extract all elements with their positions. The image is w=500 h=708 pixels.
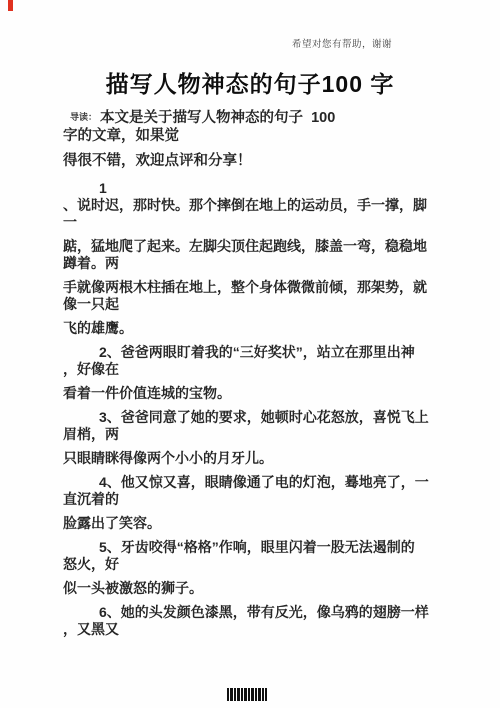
document-page: 希望对您有帮助，谢谢 描写人物神态的句子100 字 导读：本文是关于描写人物神态… xyxy=(0,0,500,708)
header-note: 希望对您有帮助，谢谢 xyxy=(0,36,392,50)
body-line: ，又黑又 xyxy=(63,621,447,638)
body-line: 像一只起 xyxy=(63,296,447,313)
page-title: 描写人物神态的句子100 字 xyxy=(0,66,500,99)
body-line: 似一头被激怒的狮子。 xyxy=(63,580,447,597)
body-line: 蹲着。两 xyxy=(63,255,447,272)
paragraph-group: 飞的雄鹰。 xyxy=(63,320,447,337)
paragraph-group: 3、爸爸同意了她的要求，她顿时心花怒放，喜悦飞上眉梢，两 xyxy=(63,409,447,443)
body-line: ，好像在 xyxy=(63,361,447,378)
intro-block: 导读：本文是关于描写人物神态的句子 100 字的文章，如果觉 得很不错，欢迎点评… xyxy=(63,108,445,170)
body-line: 4、他又惊又喜，眼睛像通了电的灯泡，蓦地亮了，一 xyxy=(63,474,447,491)
body-line: 看着一件价值连城的宝物。 xyxy=(63,385,447,402)
paragraph-group: 似一头被激怒的狮子。 xyxy=(63,580,447,597)
body-line: 只眼睛眯得像两个小小的月牙儿。 xyxy=(63,450,447,467)
body-line: 怒火，好 xyxy=(63,556,447,573)
paragraph-group: 1、说时迟，那时快。那个摔倒在地上的运动员，手一撑，脚一 xyxy=(63,180,447,231)
body-line: 眉梢，两 xyxy=(63,426,447,443)
body-line: 飞的雄鹰。 xyxy=(63,320,447,337)
body-line: 3、爸爸同意了她的要求，她顿时心花怒放，喜悦飞上 xyxy=(63,409,447,426)
paragraph-group: 看着一件价值连城的宝物。 xyxy=(63,385,447,402)
body-line: 直沉着的 xyxy=(63,491,447,508)
paragraph-group: 2、爸爸两眼盯着我的“三好奖状”，站立在那里出神，好像在 xyxy=(63,344,447,378)
body-line: 一 xyxy=(63,214,447,231)
body-line: 、说时迟，那时快。那个摔倒在地上的运动员，手一撑，脚 xyxy=(63,197,447,214)
intro-label: 导读： xyxy=(70,112,100,122)
intro-text: 本文是关于描写人物神态的句子 100 xyxy=(100,110,335,126)
corner-red-mark xyxy=(8,0,13,11)
body-line: 2、爸爸两眼盯着我的“三好奖状”，站立在那里出神 xyxy=(63,344,447,361)
paragraph-group: 踮，猛地爬了起来。左脚尖顶住起跑线，膝盖一弯，稳稳地蹲着。两 xyxy=(63,238,447,272)
paragraph-group: 4、他又惊又喜，眼睛像通了电的灯泡，蓦地亮了，一直沉着的 xyxy=(63,474,447,508)
intro-line-2: 字的文章，如果觉 xyxy=(63,127,445,145)
intro-line-3: 得很不错，欢迎点评和分享！ xyxy=(63,152,445,170)
paragraph-group: 手就像两根木柱插在地上，整个身体微微前倾，那架势，就像一只起 xyxy=(63,279,447,313)
paragraph-group: 6、她的头发颜色漆黑，带有反光，像乌鸦的翅膀一样，又黑又 xyxy=(63,604,447,638)
body-line: 1 xyxy=(63,180,447,197)
barcode xyxy=(227,688,267,701)
body-line: 踮，猛地爬了起来。左脚尖顶住起跑线，膝盖一弯，稳稳地 xyxy=(63,238,447,255)
body-line: 6、她的头发颜色漆黑，带有反光，像乌鸦的翅膀一样 xyxy=(63,604,447,621)
paragraph-group: 只眼睛眯得像两个小小的月牙儿。 xyxy=(63,450,447,467)
paragraph-group: 5、牙齿咬得“格格”作响，眼里闪着一股无法遏制的怒火，好 xyxy=(63,539,447,573)
body-text: 1、说时迟，那时快。那个摔倒在地上的运动员，手一撑，脚一踮，猛地爬了起来。左脚尖… xyxy=(63,180,447,645)
paragraph-group: 脸露出了笑容。 xyxy=(63,515,447,532)
body-line: 脸露出了笑容。 xyxy=(63,515,447,532)
body-line: 5、牙齿咬得“格格”作响，眼里闪着一股无法遏制的 xyxy=(63,539,447,556)
body-line: 手就像两根木柱插在地上，整个身体微微前倾，那架势，就 xyxy=(63,279,447,296)
intro-line-1: 导读：本文是关于描写人物神态的句子 100 xyxy=(63,108,445,127)
